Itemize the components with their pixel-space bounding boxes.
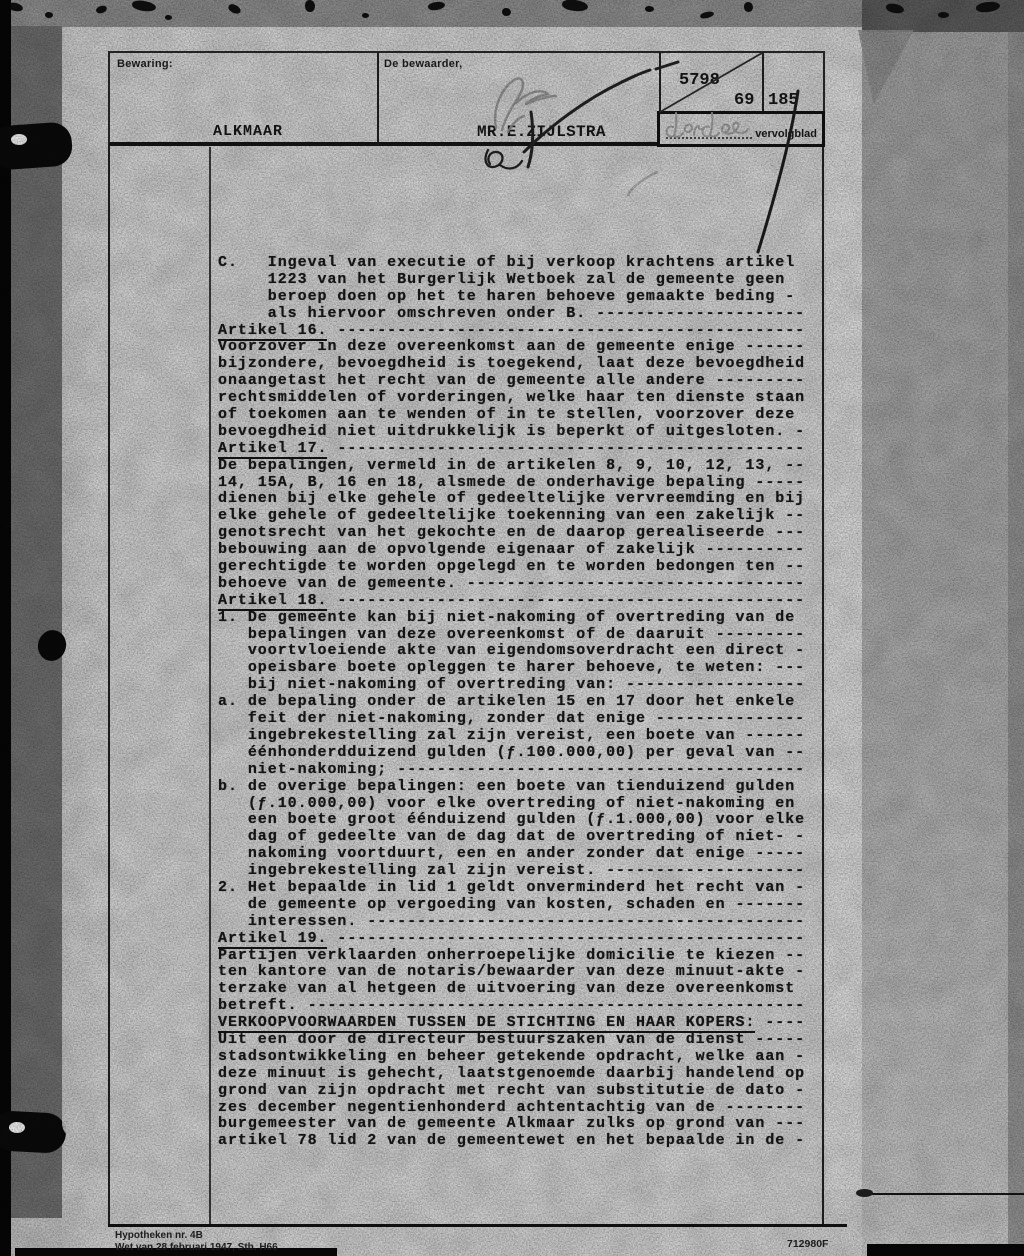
bewaring-label: Bewaring: [117, 58, 173, 70]
binder-ring-bottom-glint [9, 1122, 25, 1133]
document-line: gerechtigde te worden opgelegd en te wor… [218, 559, 805, 576]
document-line: dag of gedeelte van de dag dat de overtr… [218, 829, 805, 846]
ink-speckle [165, 15, 172, 20]
document-line: als hiervoor omschreven onder B. -------… [218, 306, 805, 323]
document-line: bebouwing aan de opvolgende eigenaar of … [218, 542, 805, 559]
document-line: bij niet-nakoming of overtreding van: --… [218, 677, 805, 694]
document-line: deze minuut is gehecht, laatstgenoemde d… [218, 1066, 805, 1083]
bewaarder-label: De bewaarder, [384, 58, 463, 70]
footer-line-1: Hypotheken nr. 4B [115, 1230, 278, 1242]
document-line: Partijen verklaarden onherroepelijke dom… [218, 948, 805, 965]
document-line: grond van zijn opdracht met recht van su… [218, 1083, 805, 1100]
header-divider-3 [762, 53, 764, 113]
frame-inner-line [209, 147, 211, 1225]
document-line: genotsrecht van het gekochte en de daaro… [218, 525, 805, 542]
document-line: 2. Het bepaalde in lid 1 geldt onvermind… [218, 880, 805, 897]
footer-line-2: Wet van 28 februari 1947, Stb. H66 [115, 1242, 278, 1254]
document-line: b. de overige bepalingen: een boete van … [218, 779, 805, 796]
document-line: interessen. ----------------------------… [218, 914, 805, 931]
document-line: beroep doen op het te haren behoeve gema… [218, 289, 805, 306]
document-line: 1223 van het Burgerlijk Wetboek zal de g… [218, 272, 805, 289]
paper-hole-highlight [62, 1106, 96, 1140]
document-line: elke gehele of gedeeltelijke toekenning … [218, 508, 805, 525]
document-line: (ƒ.10.000,00) voor elke overtreding of n… [218, 796, 805, 813]
document-line: Artikel 16. ----------------------------… [218, 323, 805, 340]
ink-speckle [305, 0, 315, 12]
dotted-fill-line [666, 137, 752, 139]
document-line: Voorzover in deze overeenkomst aan de ge… [218, 339, 805, 356]
binder-ring-bottom [0, 1110, 67, 1154]
vervolgblad-label: vervolgblad [755, 128, 817, 140]
document-line: De bepalingen, vermeld in de artikelen 8… [218, 458, 805, 475]
register-number-right: 185 [768, 91, 799, 110]
document-line: 14, 15A, B, 16 en 18, alsmede de onderha… [218, 475, 805, 492]
scan-right-margin-band [862, 0, 1024, 1256]
paper-right-light-edge [826, 70, 862, 1190]
document-line: nakoming voortduurt, een en ander zonder… [218, 846, 805, 863]
document-line: Artikel 18. ----------------------------… [218, 593, 805, 610]
document-line: of toekomen aan te wenden of in te stell… [218, 407, 805, 424]
ink-speckle [938, 12, 949, 18]
underlined-heading: Artikel 17. [218, 440, 327, 459]
document-line: Artikel 17. ----------------------------… [218, 441, 805, 458]
document-line: a. de bepaling onder de artikelen 15 en … [218, 694, 805, 711]
document-line: burgemeester van de gemeente Alkmaar zul… [218, 1116, 805, 1133]
document-line: terzake van al hetgeen de uitvoering van… [218, 981, 805, 998]
document-line: Artikel 19. ----------------------------… [218, 931, 805, 948]
document-line: feit der niet-nakoming, zonder dat enige… [218, 711, 805, 728]
document-line: bepalingen van deze overeenkomst of de d… [218, 627, 805, 644]
document-line: bevoegdheid niet uitdrukkelijk is beperk… [218, 424, 805, 441]
binder-ring-top [0, 121, 73, 170]
register-number-top: 5798 [679, 71, 720, 90]
document-line: een boete groot éénduizend gulden (ƒ.1.0… [218, 812, 805, 829]
document-line: Uit een door de directeur bestuurszaken … [218, 1032, 805, 1049]
document-line: artikel 78 lid 2 van de gemeentewet en h… [218, 1133, 805, 1150]
scanned-document-page: { "header": { "bewaring_label": "Bewarin… [0, 0, 1024, 1256]
underlined-heading: Artikel 19. [218, 930, 327, 949]
scan-right-edge [1008, 0, 1024, 1256]
frame-bottom-line [108, 1224, 847, 1227]
document-line: behoeve van de gemeente. ---------------… [218, 576, 805, 593]
frame-left-line [108, 145, 110, 1227]
document-line: éénhonderdduizend gulden (ƒ.100.000,00) … [218, 745, 805, 762]
ink-speckle [744, 2, 753, 12]
bewaarder-value: MR.E.ZIJLSTRA [477, 123, 606, 141]
register-number-left: 69 [734, 91, 754, 110]
document-line: VERKOOPVOORWAARDEN TUSSEN DE STICHTING E… [218, 1015, 805, 1032]
header-divider-1 [377, 53, 379, 145]
header-divider-2 [659, 53, 661, 113]
ink-speckle [362, 13, 369, 18]
underlined-heading: Artikel 18. [218, 592, 327, 611]
ink-speckle [645, 6, 654, 12]
document-line: voortvloeiende akte van eigendomsoverdra… [218, 643, 805, 660]
scratch-blob [856, 1189, 873, 1197]
print-code: 712980F [787, 1238, 828, 1250]
ink-speckle [45, 12, 53, 18]
bottom-right-black-bar [867, 1244, 1024, 1256]
footer-form-reference: Hypotheken nr. 4B Wet van 28 februari 19… [115, 1230, 278, 1254]
document-line: ingebrekestelling zal zijn vereist. ----… [218, 863, 805, 880]
document-line: stadsontwikkeling en beheer getekende op… [218, 1049, 805, 1066]
document-line: betreft. -------------------------------… [218, 998, 805, 1015]
document-line: ingebrekestelling zal zijn vereist, een … [218, 728, 805, 745]
document-line: bijzondere, bevoegdheid is toegekend, la… [218, 356, 805, 373]
binder-shadow-strip [11, 26, 62, 1218]
vervolgblad-box: vervolgblad [657, 111, 825, 147]
binder-ring-top-glint [11, 134, 27, 145]
document-line: onaangetast het recht van de gemeente al… [218, 373, 805, 390]
ink-speckle [502, 8, 511, 16]
scratch-line [866, 1193, 1024, 1195]
paper-hole-highlight [62, 1140, 98, 1174]
document-line: dienen bij elke gehele of gedeeltelijke … [218, 491, 805, 508]
document-line: C. Ingeval van executie of bij verkoop k… [218, 255, 805, 272]
document-body-text: C. Ingeval van executie of bij verkoop k… [218, 255, 805, 1150]
document-line: 1. De gemeente kan bij niet-nakoming of … [218, 610, 805, 627]
binder-edge-black-strip [0, 0, 11, 1256]
document-line: opeisbare boete opleggen te harer behoev… [218, 660, 805, 677]
document-line: rechtsmiddelen of vorderingen, welke haa… [218, 390, 805, 407]
frame-right-line [822, 147, 824, 1225]
bewaring-value: ALKMAAR [213, 123, 283, 140]
document-line: ten kantore van de notaris/bewaarder van… [218, 964, 805, 981]
document-line: zes december negentienhonderd achtentach… [218, 1100, 805, 1117]
document-line: de gemeente op vergoeding van kosten, sc… [218, 897, 805, 914]
document-line: niet-nakoming; -------------------------… [218, 762, 805, 779]
